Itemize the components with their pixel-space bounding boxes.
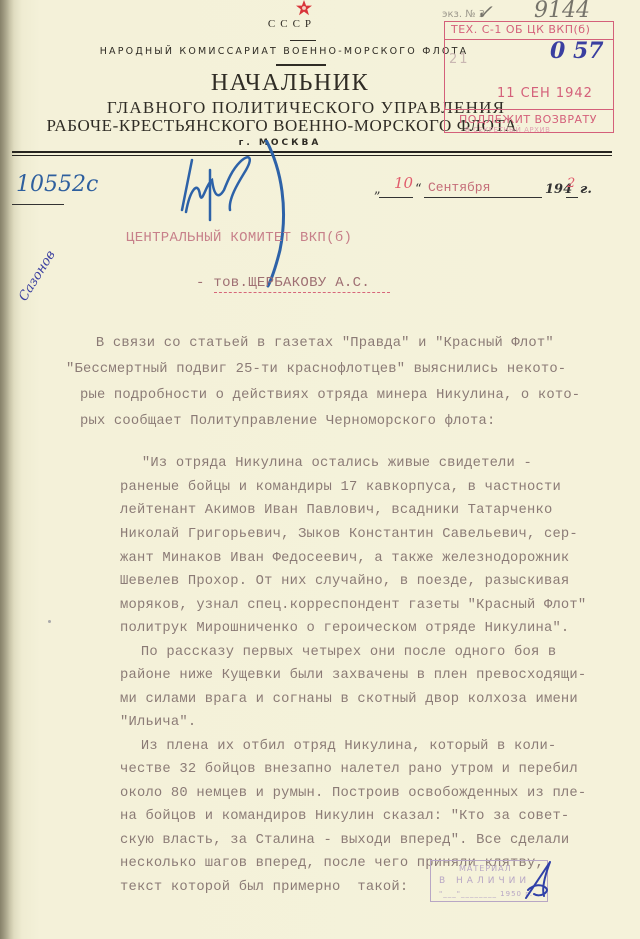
margin-mark	[48, 620, 51, 623]
body-line: раненые бойцы и командиры 17 кавкорпуса,…	[120, 480, 561, 495]
date-underline	[424, 197, 542, 198]
outgoing-reference-number: 10552с	[16, 172, 98, 197]
date-suffix: г.	[580, 182, 592, 197]
body-line: текст которой был примерно такой:	[120, 880, 408, 895]
margin-handwritten-name: Сазонов	[16, 248, 59, 304]
body-line: ми силами врага и согнаны в скотный двор…	[120, 692, 578, 707]
divider	[290, 40, 316, 41]
addressee-underline	[214, 292, 390, 293]
stamp-line1: ТЕХ. С-1 ОБ ЦК ВКП(б)	[451, 23, 590, 36]
stamp-divider	[445, 109, 613, 110]
initials-signature-icon	[520, 860, 560, 904]
divider	[276, 64, 326, 66]
date-close-quote: “	[415, 182, 422, 197]
body-line: "Ильича".	[120, 715, 196, 730]
body-line: на бойцов и командиров Никулин сказал: "…	[120, 809, 569, 824]
addressee-line2: - тов.ЩЕРБАКОВУ А.С.	[196, 275, 370, 291]
stamp-line5: В СЕКРЕТНЫЙ АРХИВ	[465, 126, 550, 134]
body-line: лейтенант Акимов Иван Павлович, всадники…	[120, 503, 552, 518]
stamp-incoming-number: 21	[449, 52, 470, 67]
date-open-quote: „	[374, 182, 381, 197]
date-year-digit: 2	[567, 176, 575, 191]
date-underline	[379, 197, 413, 198]
red-star-icon	[296, 0, 312, 16]
date-month: Сентября	[428, 180, 490, 195]
archive-stamp-line2: В НАЛИЧИИ	[439, 876, 530, 886]
addressee-line1: ЦЕНТРАЛЬНЫЙ КОМИТЕТ ВКП(б)	[126, 230, 352, 246]
handwritten-fraction: 0 57	[550, 38, 604, 64]
body-line: "Бессмертный подвиг 25-ти краснофлотцев"…	[66, 362, 566, 377]
body-line: моряков, узнал спец.корреспондент газеты…	[120, 598, 586, 613]
body-line: скую власть, за Сталина - выходи вперед"…	[120, 833, 569, 848]
letterhead-rule	[12, 155, 612, 156]
archive-stamp-line1: МАТЕРИАЛ	[459, 864, 512, 873]
body-line: "Из отряда Никулина остались живые свиде…	[108, 456, 532, 471]
body-line: Николай Григорьевич, Зыков Константин Са…	[120, 527, 578, 542]
body-line: В связи со статьей в газетах "Правда" и …	[62, 336, 554, 351]
letterhead-rule	[12, 151, 612, 153]
date-day: 10	[394, 174, 413, 192]
body-line: рые подробности о действиях отряда минер…	[80, 388, 580, 403]
archive-stamp-line3: "___"________ 1950 г.	[439, 890, 533, 898]
stamp-date: 11 СЕН 1942	[497, 86, 593, 101]
body-line: около 80 немцев и румын. Построив освобо…	[120, 786, 586, 801]
body-line: районе ниже Кущевки были захвачены в пле…	[120, 668, 586, 683]
body-line: честве 32 бойцов внезапно налетел рано у…	[120, 762, 578, 777]
body-line: политрук Мирошниченко о героическом отря…	[120, 621, 569, 636]
stamp-line4: ПОДЛЕЖИТ ВОЗВРАТУ	[459, 113, 597, 126]
body-line: По рассказу первых четырех они после одн…	[107, 645, 556, 660]
date-underline	[566, 197, 578, 198]
body-line: Из плена их отбил отряд Никулина, которы…	[107, 739, 556, 754]
handwritten-number: 9144	[534, 0, 590, 23]
document-page: СССР НАРОДНЫЙ КОМИССАРИАТ ВОЕННО-МОРСКОГ…	[0, 0, 640, 939]
reference-underline	[12, 204, 64, 205]
body-line: рых сообщает Политуправление Черноморско…	[80, 414, 496, 429]
body-line: жант Минаков Иван Федосеевич, а также же…	[120, 551, 569, 566]
resolution-signature-icon	[170, 140, 310, 290]
body-line: Шевелев Прохор. От них случайно, в поезд…	[120, 574, 569, 589]
